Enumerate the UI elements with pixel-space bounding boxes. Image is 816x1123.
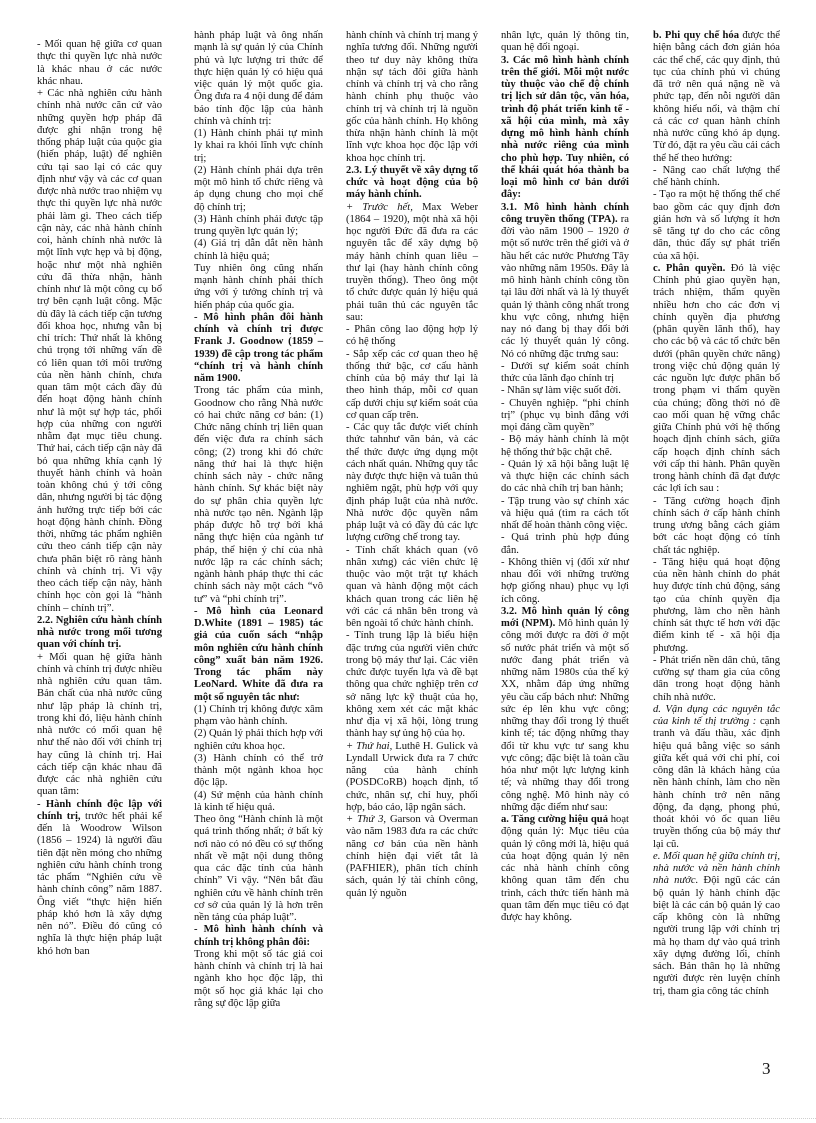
list-item: - Tính chất khách quan (vô nhân xưng) cá… <box>346 545 478 631</box>
paragraph: d. Vận dụng các nguyên tắc của kinh tế t… <box>653 704 780 851</box>
list-item: (1) Hành chính phải tự mình ly khai ra k… <box>194 128 323 165</box>
paragraph: + Thứ hai, Luthê H. Gulick và Lyndall Ur… <box>346 741 478 815</box>
list-item: (3) Hành chính có thể trở thành một ngàn… <box>194 753 323 790</box>
list-item: - Sắp xếp các cơ quan theo hệ thống thứ … <box>346 349 478 423</box>
list-item: - Tính trung lập là biểu hiện đặc trưng … <box>346 630 478 740</box>
section-heading-2-3: 2.3. Lý thuyết về xây dựng tổ chức và ho… <box>346 165 478 202</box>
paragraph: Trong khi một số tác giả coi hành chính … <box>194 949 323 1010</box>
list-item: (2) Hành chính phải dựa trên một mô hình… <box>194 165 323 214</box>
paragraph-text: hoạt động quản lý: Mục tiêu của quản lý … <box>501 814 629 923</box>
text-column-5: b. Phi quy chế hóa được thể hiện bằng cá… <box>653 30 780 998</box>
list-item: (1) Chính trị không được xâm phạm vào hà… <box>194 704 323 729</box>
paragraph: 3.2. Mô hình quản lý công mới (NPM). Mô … <box>501 606 629 814</box>
subheading-non-dichotomy: - Mô hình hành chính và chính trị không … <box>194 924 323 949</box>
list-item: (4) Sứ mệnh của hành chính là kinh tế hi… <box>194 790 323 815</box>
paragraph: 3.1. Mô hình hành chính công truyền thốn… <box>501 202 629 361</box>
subheading-white: - Mô hình của Leonard D.White (1891 – 19… <box>194 606 323 704</box>
paragraph-text: Mô hình quản lý công mới được ra đời ở m… <box>501 618 629 813</box>
italic-lead: + Trước hết, <box>346 202 413 213</box>
paragraph: + Trước hết, Max Weber (1864 – 1920), mộ… <box>346 202 478 325</box>
list-item: - Phân công lao động hợp lý có hệ thống <box>346 324 478 349</box>
paragraph: a. Tăng cường hiệu quả hoạt động quản lý… <box>501 814 629 924</box>
document-page: - Mối quan hệ giữa cơ quan thực thi quyề… <box>0 0 816 1123</box>
paragraph-text: trước hết phải kể đến là Woodrow Wilson … <box>37 811 162 957</box>
paragraph-text: Đó là việc Chính phủ giao quyền hạn, trá… <box>653 263 780 495</box>
page-bottom-divider <box>0 1118 816 1119</box>
italic-lead: + Thứ 3, <box>346 814 386 825</box>
paragraph: c. Phân quyền. Đó là việc Chính phủ giao… <box>653 263 780 496</box>
list-item: (4) Giá trị dẫn dắt nền hành chính là hi… <box>194 238 323 263</box>
paragraph: hành chính và chính trị mang ý nghĩa tươ… <box>346 30 478 165</box>
list-item: - Quá trình phù hợp đúng đắn. <box>501 532 629 557</box>
text-column-3: hành chính và chính trị mang ý nghĩa tươ… <box>346 30 478 900</box>
list-item: - Không thiên vị (đối xử như nhau đối vớ… <box>501 557 629 606</box>
paragraph-text: Đội ngũ các cán bộ quản lý hành chính đặ… <box>653 875 780 996</box>
page-number: 3 <box>762 1059 771 1079</box>
list-item: - Bộ máy hành chính là một hệ thống thứ … <box>501 434 629 459</box>
list-item: - Chuyên nghiệp. “phi chính trị” (phục v… <box>501 398 629 435</box>
list-item: - Các quy tắc được viết chính thức tahnh… <box>346 422 478 545</box>
inline-heading-b: b. Phi quy chế hóa <box>653 30 739 41</box>
paragraph: + Các nhà nghiên cứu hành chính nhà nước… <box>37 88 162 615</box>
subheading-goodnow: - Mô hình phân đôi hành chính và chính t… <box>194 312 323 386</box>
paragraph-text: được thể hiện bằng cách đơn giản hóa các… <box>653 30 780 164</box>
paragraph: + Mối quan hệ giữa hành chính và chính t… <box>37 652 162 799</box>
paragraph: Trong tác phẩm của mình, Goodnow cho rằn… <box>194 385 323 606</box>
list-item: - Nhân sự làm việc suốt đời. <box>501 385 629 397</box>
paragraph: nhân lực, quản lý thông tin, quan hệ đối… <box>501 30 629 55</box>
list-item: (2) Quản lý phải thích hợp với nghiên cứ… <box>194 728 323 753</box>
paragraph: Theo ông “Hành chính là một quá trình th… <box>194 814 323 924</box>
list-item: - Tăng hiệu quả hoạt động của nền hành c… <box>653 557 780 655</box>
list-item: - Dưới sự kiểm soát chính thức của lãnh … <box>501 361 629 386</box>
paragraph: - Hành chính độc lập với chính trị, trướ… <box>37 799 162 958</box>
paragraph: - Mối quan hệ giữa cơ quan thực thi quyề… <box>37 39 162 88</box>
text-column-2: hành pháp luật và ông nhấn mạnh là sự qu… <box>194 30 323 1010</box>
paragraph-text: Max Weber (1864 – 1920), một nhà xã hội … <box>346 202 478 323</box>
paragraph-text: Garson và Overman vào năm 1983 đưa ra cá… <box>346 814 478 899</box>
paragraph: b. Phi quy chế hóa được thể hiện bằng cá… <box>653 30 780 165</box>
inline-heading-3-1: 3.1. Mô hình hành chính công truyền thốn… <box>501 202 629 225</box>
paragraph: hành pháp luật và ông nhấn mạnh là sự qu… <box>194 30 323 128</box>
inline-heading-a: a. Tăng cường hiệu quả <box>501 814 608 825</box>
italic-lead: + Thứ hai, <box>346 741 392 752</box>
section-heading-2-2: 2.2. Nghiên cứu hành chính nhà nước tron… <box>37 615 162 652</box>
inline-heading-c: c. Phân quyền. <box>653 263 725 274</box>
paragraph: e. Mối quan hệ giữa chính trị, nhà nước … <box>653 851 780 998</box>
list-item: - Nâng cao chất lượng thể chế hành chính… <box>653 165 780 190</box>
paragraph: + Thứ 3, Garson và Overman vào năm 1983 … <box>346 814 478 900</box>
list-item: - Tăng cường hoạch định chính sách ở cấp… <box>653 496 780 557</box>
list-item: (3) Hành chính phải được tập trung quyền… <box>194 214 323 239</box>
list-item: - Phát triển nền dân chủ, tăng cường sự … <box>653 655 780 704</box>
list-item: - Tập trung vào sự chính xác và hiệu quả… <box>501 496 629 533</box>
paragraph: Tuy nhiên ông cũng nhấn mạnh hành chính … <box>194 263 323 312</box>
text-column-4: nhân lực, quản lý thông tin, quan hệ đối… <box>501 30 629 924</box>
paragraph-text: ra đời vào năm 1900 – 1920 ở một số nước… <box>501 214 629 360</box>
paragraph-text: cạnh tranh và đấu thầu, xác định hiệu qu… <box>653 716 780 850</box>
list-item: - Quản lý xã hội bằng luật lệ và thực hi… <box>501 459 629 496</box>
section-heading-3: 3. Các mô hình hành chính trên thế giới.… <box>501 55 629 202</box>
text-column-1: - Mối quan hệ giữa cơ quan thực thi quyề… <box>37 39 162 958</box>
list-item: - Tạo ra một hệ thống thể chế bao gồm cá… <box>653 189 780 263</box>
